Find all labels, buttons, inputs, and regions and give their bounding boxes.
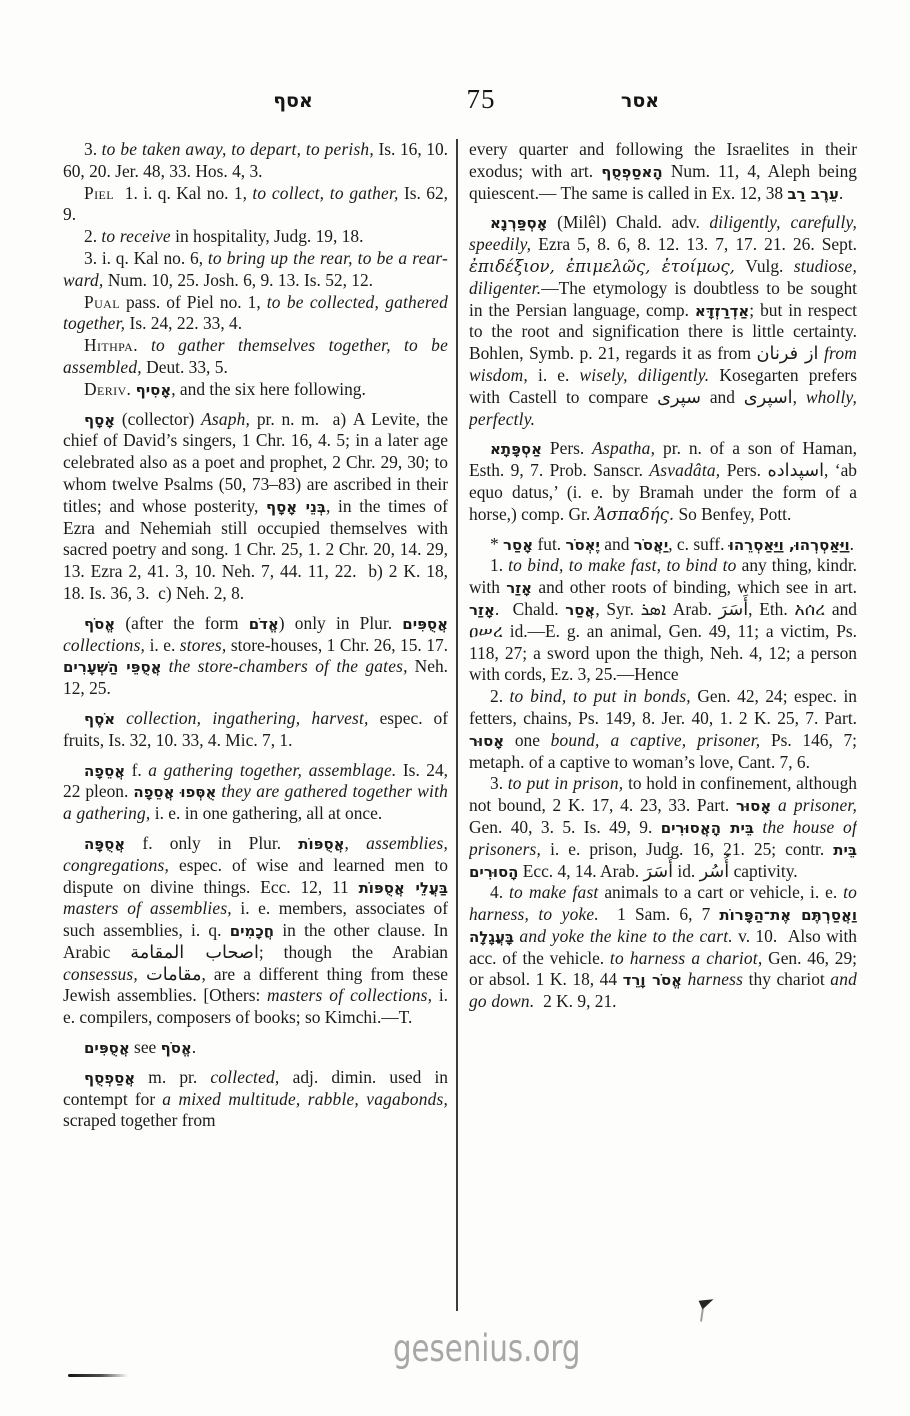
entry-oseph: אֹסֶף collection, ingathering, harvest, … <box>63 708 448 752</box>
dictionary-page: אסף 75 אסר 3. to be taken away, to depar… <box>0 0 910 1416</box>
header-keyword-left: אסף <box>238 90 348 112</box>
sense-piel-1: Piel 1. i. q. Kal no. 1, to collect, to … <box>63 183 448 227</box>
entry-asar-root: * אָסַר fut. יֶאְסֹר and יַאֲסֹר, c. suf… <box>469 534 857 556</box>
scan-artifact-line <box>68 1374 128 1377</box>
continuation-asaphsuph: every quarter and following the Israelit… <box>469 139 857 204</box>
entry-asephah: אֲסֵפָה f. a gathering together, assembl… <box>63 760 448 825</box>
sense-asar-4: 4. to make fast animals to a cart or veh… <box>469 882 857 1013</box>
sense-asar-2: 2. to bind, to put in bonds, Gen. 42, 24… <box>469 686 857 773</box>
sense-piel-3: 3. i. q. Kal no. 6, to bring up the rear… <box>63 248 448 292</box>
entry-asuppah: אֲסֻפָּה f. only in Plur. אֲסֻפּוֹת, ass… <box>63 833 448 1029</box>
left-column: 3. to be taken away, to depart, to peris… <box>63 139 448 1315</box>
sense-asar-3: 3. to put in prison, to hold in confinem… <box>469 773 857 882</box>
sense-deriv: Deriv. אָסִיף, and the six here followin… <box>63 379 448 401</box>
entry-osparna: אָסְפַּרְנָא (Milêl) Chald. adv. diligen… <box>469 212 857 430</box>
sense-hithpa: Hithpa. to gather themselves together, t… <box>63 335 448 379</box>
sense-pual: Pual pass. of Piel no. 1, to be collecte… <box>63 292 448 336</box>
sense-kal-3: 3. to be taken away, to depart, to peris… <box>63 139 448 183</box>
entry-asaph: אָסָף (collector) Asaph, pr. n. m. a) A … <box>63 409 448 605</box>
watermark: gesenius.org <box>393 1327 580 1370</box>
ink-mark-artifact <box>699 1299 715 1310</box>
sense-piel-2: 2. to receive in hospitality, Judg. 19, … <box>63 226 448 248</box>
right-column: every quarter and following the Israelit… <box>469 139 857 1315</box>
column-divider-rule <box>456 139 458 1311</box>
header-keyword-right: אסר <box>585 90 695 112</box>
entry-asaphsuph: אֲסַפְסֻף m. pr. collected, adj. dimin. … <box>63 1067 448 1132</box>
page-number: 75 <box>425 84 537 115</box>
sense-asar-1: 1. to bind, to make fast, to bind to any… <box>469 555 857 686</box>
entry-aspatha: אַסְפָּתָא Pers. Aspatha, pr. n. of a so… <box>469 438 857 525</box>
entry-esoph: אֱסֹף (after the form אֱדֹם) only in Plu… <box>63 613 448 700</box>
entry-asuppim-ref: אֲסֻפִּים see אֱסֹף. <box>63 1037 448 1059</box>
